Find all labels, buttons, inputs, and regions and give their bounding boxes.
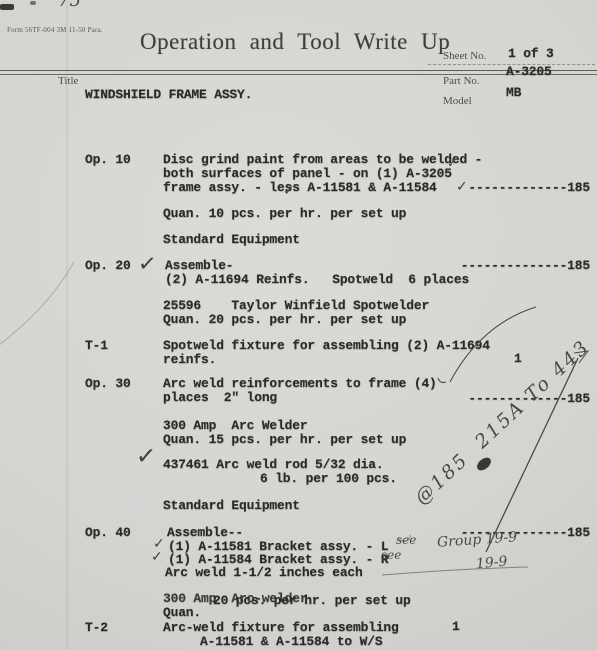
scan-mark	[0, 4, 14, 10]
op20-quantity: Quan. 20 pcs. per hr. per set up	[163, 313, 406, 327]
corner-handwritten-mark: 75	[58, 0, 81, 11]
scan-mark	[30, 1, 36, 5]
t2-number: T-2	[85, 621, 108, 635]
t1-line1: Spotweld fixture for assembling (2) A-11…	[163, 339, 490, 353]
t1-number: T-1	[85, 339, 108, 353]
handwritten-see-note-1: see	[396, 533, 416, 547]
op40-line4: Arc weld 1-1/2 inches each	[165, 566, 363, 580]
op10-leader: -------------185	[468, 181, 590, 195]
op30-equipment: Standard Equipment	[163, 499, 300, 513]
part-no-value: A-3205	[506, 65, 552, 79]
op20-line1: Assemble-	[165, 259, 233, 273]
t1-count: 1	[514, 352, 522, 366]
t2-line2: A-11581 & A-11584 to W/S	[200, 635, 382, 649]
op20-number: Op. 20	[85, 259, 131, 273]
scanned-document-page: 75 Form 56TF-004 3M 11-50 Para. Operatio…	[0, 0, 597, 650]
sheet-no-label: Sheet No.	[443, 51, 486, 62]
op10-quantity: Quan. 10 pcs. per hr. per set up	[163, 207, 406, 221]
t1-line2: reinfs.	[163, 353, 216, 367]
op30-rod-line2: 6 lb. per 100 pcs.	[260, 472, 397, 486]
handwritten-see-note-2: see	[381, 548, 401, 562]
paper-crease-curve	[0, 262, 74, 346]
t2-count: 1	[452, 620, 460, 634]
op40-line1: Assemble--	[167, 526, 243, 540]
model-value: MB	[506, 86, 521, 100]
op10-line1: Disc grind paint from areas to be welded…	[163, 153, 482, 167]
op30-line1: Arc weld reinforcements to frame (4)	[163, 377, 437, 391]
op10-line3: frame assy. - less A-11581 & A-11584	[163, 181, 437, 195]
checkmark-icon: ✓	[456, 179, 468, 195]
title-label: Title	[58, 76, 78, 87]
part-no-label: Part No.	[443, 76, 480, 87]
op40-quantity-overstrike: 20 pcs. per hr. per set up	[213, 594, 411, 608]
checkmark-icon: ✓	[446, 155, 458, 170]
checkmark-icon: ✓	[135, 441, 157, 470]
sheet-no-value: 1 of 3	[508, 47, 554, 61]
checkmark-icon: ✓	[283, 183, 295, 199]
form-number: Form 56TF-004 3M 11-50 Para.	[7, 27, 103, 34]
document-title: Operation and Tool Write Up	[140, 30, 450, 53]
handwritten-group-number: 19-9	[475, 554, 508, 573]
op30-line2: places 2" long	[163, 391, 277, 405]
t2-line1: Arc-weld fixture for assembling	[163, 621, 399, 635]
op30-machine: 300 Amp Arc Welder	[163, 419, 307, 433]
op20-machine: 25596 Taylor Winfield Spotwelder	[163, 299, 429, 313]
op20-line2: (2) A-11694 Reinfs. Spotweld 6 places	[165, 273, 469, 287]
op10-number: Op. 10	[85, 153, 131, 167]
checkmark-icon: ✓	[137, 251, 158, 278]
model-label: Model	[443, 96, 472, 107]
title-value: WINDSHIELD FRAME ASSY.	[85, 88, 252, 102]
op30-number: Op. 30	[85, 377, 131, 391]
paper-crease	[66, 0, 68, 650]
op30-rod-line1: 437461 Arc weld rod 5/32 dia.	[163, 458, 383, 472]
op10-line2: both surfaces of panel - on (1) A-3205	[163, 167, 452, 181]
handwritten-group-note: Group 19-9	[437, 529, 518, 551]
op10-equipment: Standard Equipment	[163, 233, 300, 247]
op40-quantity-label: Quan.	[163, 606, 201, 620]
op20-leader: --------------185	[461, 259, 590, 273]
op30-quantity: Quan. 15 pcs. per hr. per set up	[163, 433, 406, 447]
handwritten-diagonal-note: @185 215A To 443	[410, 336, 594, 510]
op40-number: Op. 40	[85, 526, 131, 540]
checkmark-icon: ✓	[151, 549, 163, 565]
